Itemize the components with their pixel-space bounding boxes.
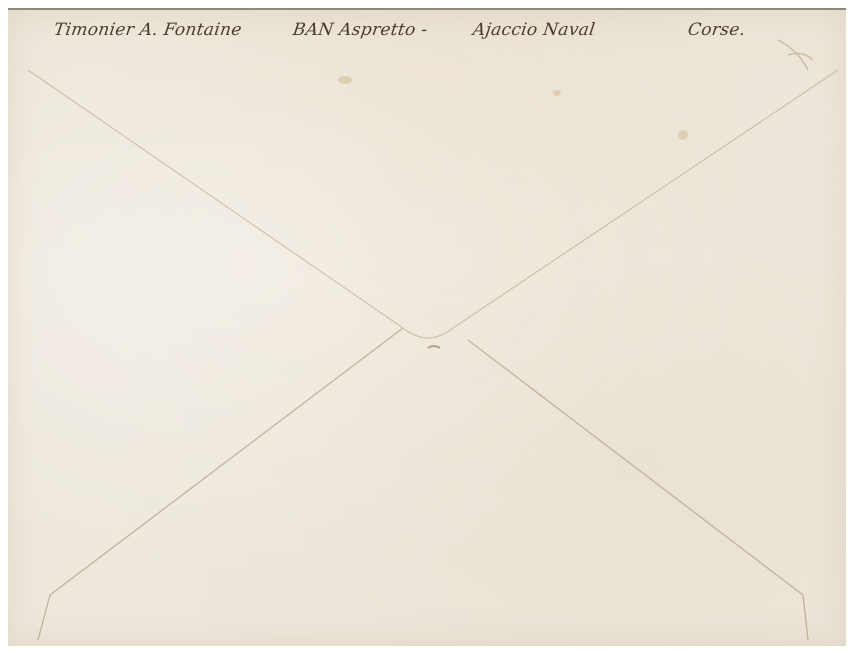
envelope-flap-folds — [8, 10, 846, 646]
paper-stain — [338, 76, 352, 84]
sender-name: Timonier A. Fontaine — [53, 20, 243, 40]
paper-stain — [678, 130, 688, 140]
envelope-back: Timonier A. Fontaine BAN Aspretto - Ajac… — [8, 8, 846, 646]
paper-stain — [553, 90, 561, 96]
sender-region: Corse. — [687, 20, 747, 40]
sender-city: Ajaccio Naval — [472, 20, 597, 40]
handwritten-return-address: Timonier A. Fontaine BAN Aspretto - Ajac… — [8, 18, 846, 48]
sender-unit: BAN Aspretto - — [292, 20, 429, 40]
